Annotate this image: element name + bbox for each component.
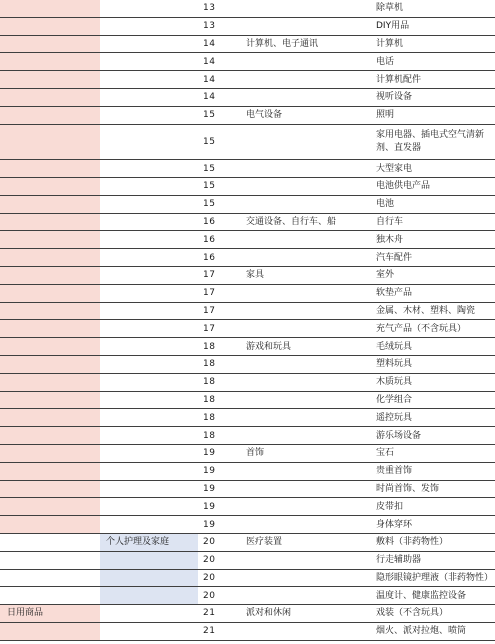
cell-group [0,552,100,569]
cell-item: 行走辅助器 [373,552,495,569]
cell-code: 19 [198,498,240,515]
cell-item: DIY用品 [373,18,495,35]
table-row: 19 首饰 宝石 [0,445,495,463]
table-row: 个人护理及家庭 20 医疗装置 敷料（非药物性） [0,534,495,552]
table-row: 13 除草机 [0,0,495,18]
cell-group [0,303,100,320]
cell-group [0,481,100,498]
table-row: 19 身体穿环 [0,516,495,534]
cell-code: 20 [198,534,240,551]
table-row: 20 隐形眼镜护理液（非药物性） [0,570,495,588]
cell-subgroup [100,160,198,177]
cell-group [0,89,100,106]
cell-item: 遥控玩具 [373,409,495,426]
table-row: 15 电池供电产品 [0,178,495,196]
table-row: 18 游戏和玩具 毛绒玩具 [0,338,495,356]
cell-subgroup [100,125,198,160]
cell-item: 敷料（非药物性） [373,534,495,551]
cell-category [240,160,373,177]
cell-group [0,570,100,587]
table-row: 20 行走辅助器 [0,552,495,570]
cell-category [240,53,373,70]
cell-code: 16 [198,249,240,266]
cell-subgroup [100,481,198,498]
cell-item: 身体穿环 [373,516,495,533]
cell-code: 20 [198,587,240,604]
cell-item: 大型家电 [373,160,495,177]
cell-subgroup [100,53,198,70]
cell-code: 18 [198,427,240,444]
cell-category [240,392,373,409]
cell-code: 18 [198,374,240,391]
table-row: 20 温度计、健康监控设备 [0,587,495,605]
cell-item: 除草机 [373,0,495,17]
cell-category [240,196,373,213]
cell-group [0,178,100,195]
cell-item: 金属、木材、塑料、陶瓷 [373,303,495,320]
cell-category [240,427,373,444]
table-row: 14 电话 [0,53,495,71]
cell-category [240,0,373,17]
cell-category [240,89,373,106]
cell-code: 13 [198,18,240,35]
cell-category: 派对和休闲 [240,605,373,622]
cell-code: 14 [198,36,240,53]
cell-code: 19 [198,445,240,462]
cell-code: 17 [198,303,240,320]
cell-subgroup [100,178,198,195]
cell-subgroup [100,409,198,426]
cell-item: 计算机配件 [373,71,495,88]
table-row: 19 贵重首饰 [0,463,495,481]
table-row: 19 皮带扣 [0,498,495,516]
table-row: 15 大型家电 [0,160,495,178]
cell-group [0,623,100,640]
cell-group [0,374,100,391]
cell-item: 烟火、派对拉炮、喷筒 [373,623,495,640]
cell-category: 首饰 [240,445,373,462]
cell-code: 14 [198,71,240,88]
cell-subgroup [100,107,198,124]
cell-group [0,409,100,426]
cell-subgroup [100,338,198,355]
table-row: 15 电气设备 照明 [0,107,495,125]
cell-item: 化学组合 [373,392,495,409]
cell-category [240,463,373,480]
cell-code: 15 [198,196,240,213]
cell-item: 电话 [373,53,495,70]
cell-item: 皮带扣 [373,498,495,515]
cell-category [240,516,373,533]
cell-code: 20 [198,570,240,587]
cell-group [0,516,100,533]
cell-item: 贵重首饰 [373,463,495,480]
table-row: 17 金属、木材、塑料、陶瓷 [0,303,495,321]
cell-subgroup [100,214,198,231]
cell-category [240,409,373,426]
cell-subgroup [100,552,198,569]
cell-category [240,125,373,160]
cell-category [240,249,373,266]
cell-code: 21 [198,605,240,622]
cell-subgroup [100,89,198,106]
cell-category [240,623,373,640]
cell-subgroup [100,267,198,284]
cell-item: 隐形眼镜护理液（非药物性） [373,570,495,587]
cell-code: 14 [198,53,240,70]
cell-item: 毛绒玩具 [373,338,495,355]
cell-subgroup [100,71,198,88]
cell-group [0,249,100,266]
cell-subgroup [100,231,198,248]
cell-code: 21 [198,623,240,640]
cell-group [0,196,100,213]
table-row: 18 木质玩具 [0,374,495,392]
cell-subgroup [100,498,198,515]
cell-group [0,160,100,177]
cell-category [240,303,373,320]
cell-group [0,214,100,231]
cell-item: 照明 [373,107,495,124]
cell-code: 13 [198,0,240,17]
cell-group [0,285,100,302]
cell-item: 戏装（不含玩具） [373,605,495,622]
cell-item: 汽车配件 [373,249,495,266]
cell-category [240,587,373,604]
cell-category [240,356,373,373]
cell-subgroup [100,427,198,444]
cell-category [240,285,373,302]
cell-subgroup: 个人护理及家庭 [100,534,198,551]
cell-item: 电池供电产品 [373,178,495,195]
cell-item: 自行车 [373,214,495,231]
cell-category: 游戏和玩具 [240,338,373,355]
table-row: 18 化学组合 [0,392,495,410]
table-row: 18 塑料玩具 [0,356,495,374]
cell-group [0,53,100,70]
cell-code: 15 [198,160,240,177]
table-row: 14 视听设备 [0,89,495,107]
table-row: 17 软垫产品 [0,285,495,303]
cell-group [0,18,100,35]
cell-subgroup [100,0,198,17]
cell-subgroup [100,463,198,480]
cell-subgroup [100,605,198,622]
cell-subgroup [100,587,198,604]
cell-subgroup [100,18,198,35]
cell-subgroup [100,36,198,53]
cell-item: 温度计、健康监控设备 [373,587,495,604]
cell-group [0,392,100,409]
cell-subgroup [100,196,198,213]
cell-item: 视听设备 [373,89,495,106]
table-row: 14 计算机配件 [0,71,495,89]
cell-code: 19 [198,463,240,480]
table-row: 16 交通设备、自行车、船 自行车 [0,214,495,232]
cell-item: 电池 [373,196,495,213]
cell-item: 独木舟 [373,231,495,248]
cell-group [0,231,100,248]
cell-group [0,107,100,124]
table-row: 15 电池 [0,196,495,214]
cell-category [240,231,373,248]
cell-group [0,445,100,462]
table-row: 19 时尚首饰、发饰 [0,481,495,499]
table-row: 18 遥控玩具 [0,409,495,427]
cell-category [240,498,373,515]
cell-code: 16 [198,214,240,231]
cell-group [0,338,100,355]
table-row: 16 独木舟 [0,231,495,249]
cell-item: 木质玩具 [373,374,495,391]
table-row: 15 家用电器、插电式空气清新剂、直发器 [0,125,495,161]
cell-item: 时尚首饰、发饰 [373,481,495,498]
cell-group [0,427,100,444]
cell-category: 计算机、电子通讯 [240,36,373,53]
cell-code: 15 [198,125,240,160]
cell-code: 18 [198,338,240,355]
cell-category [240,570,373,587]
cell-category [240,481,373,498]
cell-code: 18 [198,356,240,373]
cell-subgroup [100,392,198,409]
cell-item: 软垫产品 [373,285,495,302]
cell-group [0,534,100,551]
cell-category [240,552,373,569]
cell-category: 医疗装置 [240,534,373,551]
cell-subgroup [100,285,198,302]
cell-group [0,125,100,160]
table-row: 16 汽车配件 [0,249,495,267]
cell-code: 20 [198,552,240,569]
cell-item: 充气产品（不含玩具） [373,320,495,337]
cell-subgroup [100,516,198,533]
cell-code: 16 [198,231,240,248]
cell-item: 室外 [373,267,495,284]
table-row: 17 充气产品（不含玩具） [0,320,495,338]
table-row: 13 DIY用品 [0,18,495,36]
cell-subgroup [100,320,198,337]
cell-group [0,356,100,373]
cell-category [240,18,373,35]
cell-group [0,463,100,480]
cell-group [0,587,100,604]
cell-code: 15 [198,107,240,124]
cell-category [240,178,373,195]
cell-group [0,0,100,17]
cell-subgroup [100,623,198,640]
cell-subgroup [100,249,198,266]
table-row: 14 计算机、电子通讯 计算机 [0,36,495,54]
cell-group [0,320,100,337]
table-row: 日用商品 21 派对和休闲 戏装（不含玩具） [0,605,495,623]
cell-category [240,320,373,337]
cell-item: 游乐场设备 [373,427,495,444]
cell-code: 18 [198,392,240,409]
cell-group [0,36,100,53]
cell-code: 19 [198,516,240,533]
cell-item: 宝石 [373,445,495,462]
table-row: 18 游乐场设备 [0,427,495,445]
cell-group [0,71,100,88]
cell-subgroup [100,303,198,320]
cell-group [0,267,100,284]
cell-code: 17 [198,267,240,284]
cell-category [240,374,373,391]
cell-code: 17 [198,285,240,302]
cell-category: 家具 [240,267,373,284]
table-row: 21 烟火、派对拉炮、喷筒 [0,623,495,641]
cell-code: 18 [198,409,240,426]
product-category-table: 13 除草机 13 DIY用品 14 计算机、电子通讯 计算机 14 电话 14… [0,0,495,641]
cell-subgroup [100,356,198,373]
cell-group [0,498,100,515]
cell-item: 计算机 [373,36,495,53]
cell-subgroup [100,570,198,587]
cell-category: 交通设备、自行车、船 [240,214,373,231]
cell-code: 19 [198,481,240,498]
cell-subgroup [100,374,198,391]
cell-subgroup [100,445,198,462]
cell-code: 14 [198,89,240,106]
cell-code: 15 [198,178,240,195]
cell-group: 日用商品 [0,605,100,622]
cell-code: 17 [198,320,240,337]
cell-category [240,71,373,88]
cell-item: 塑料玩具 [373,356,495,373]
table-row: 17 家具 室外 [0,267,495,285]
cell-category: 电气设备 [240,107,373,124]
cell-item: 家用电器、插电式空气清新剂、直发器 [373,125,495,160]
